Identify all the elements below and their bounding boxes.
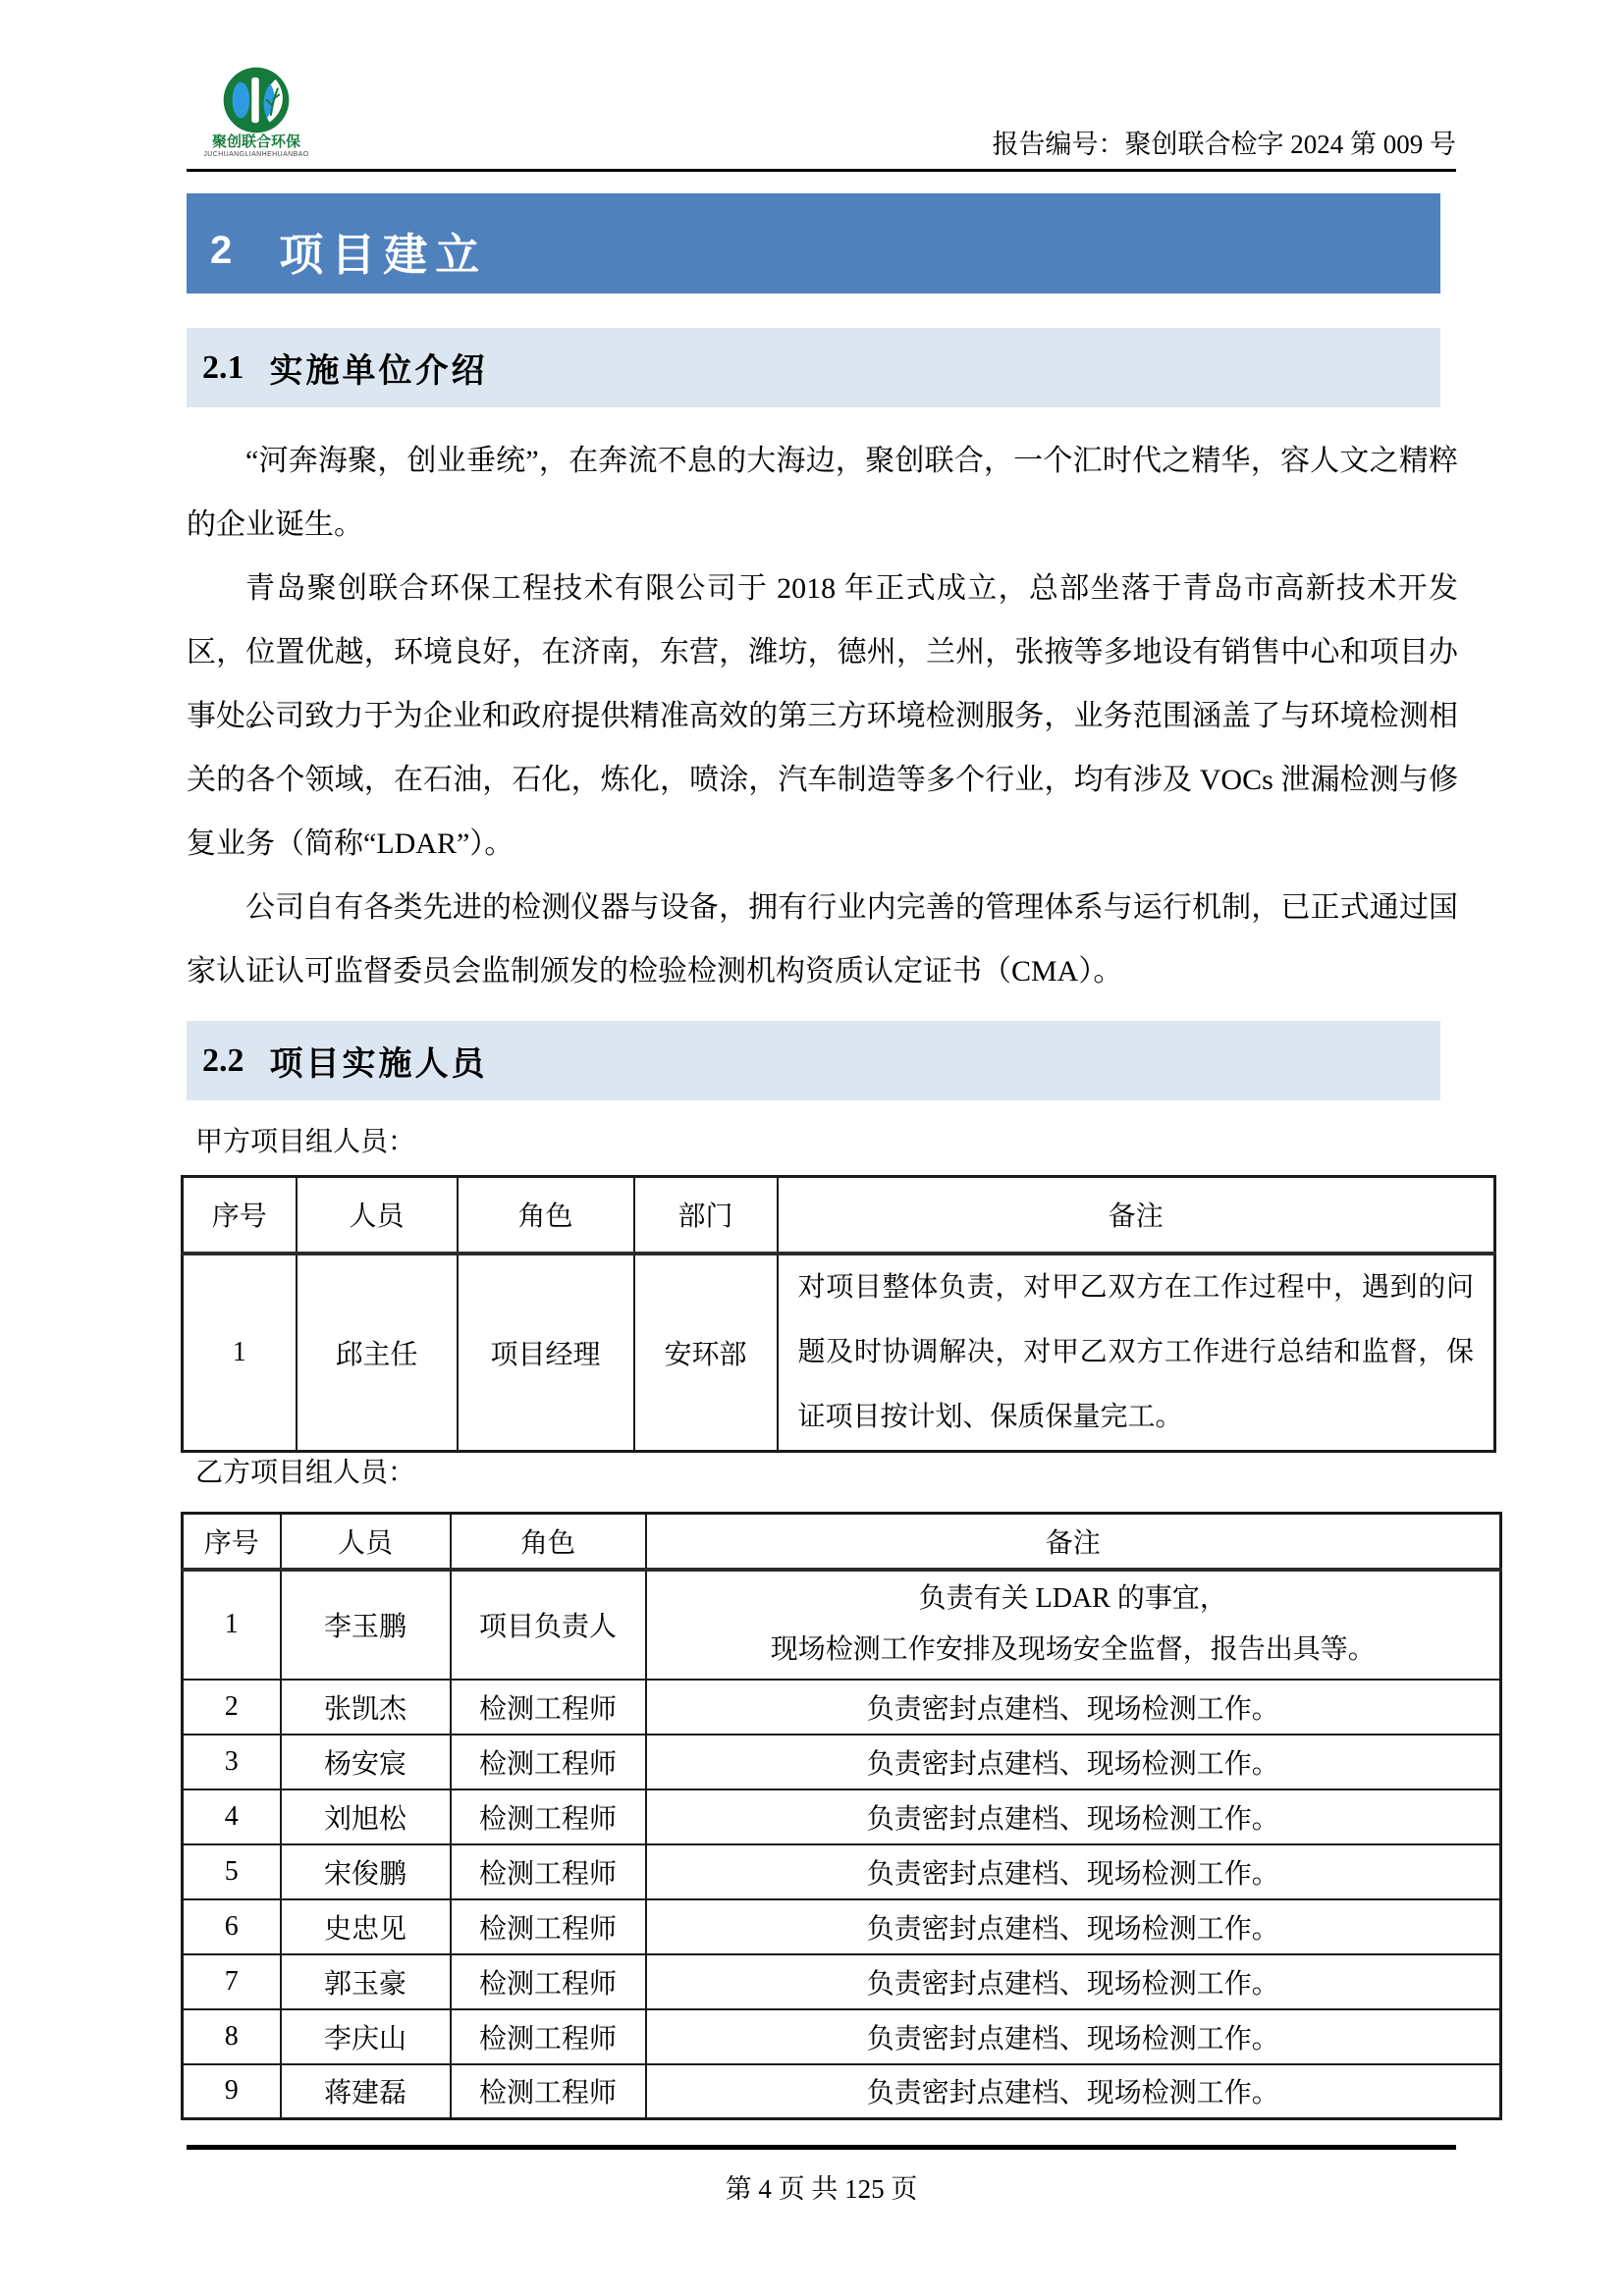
table-row: 3 杨安宸 检测工程师 负责密封点建档、现场检测工作。 [183, 1735, 1501, 1789]
table-header-row: 序号 人员 角色 部门 备注 [183, 1177, 1495, 1254]
cell-role: 检测工程师 [451, 1789, 646, 1844]
table-row: 1 邱主任 项目经理 安环部 对项目整体负责，对甲乙双方在工作过程中，遇到的问题… [183, 1254, 1495, 1452]
party-a-table: 序号 人员 角色 部门 备注 1 邱主任 项目经理 安环部 对项目整体负责，对甲… [181, 1175, 1496, 1453]
table-row: 9 蒋建磊 检测工程师 负责密封点建档、现场检测工作。 [183, 2064, 1501, 2119]
body-paragraph: “河奔海聚，创业垂统”，在奔流不息的大海边，聚创联合，一个汇时代之精华，容人文之… [187, 429, 1458, 557]
chapter-title: 项目建立 [279, 219, 487, 283]
cell-remark: 负责密封点建档、现场检测工作。 [646, 2064, 1501, 2119]
party-b-table: 序号 人员 角色 备注 1 李玉鹏 项目负责人 负责有关 LDAR 的事宜， 现… [181, 1512, 1502, 2120]
cell-name: 宋俊鹏 [281, 1844, 451, 1899]
section-heading-2-2: 2.2 项目实施人员 [187, 1021, 1440, 1100]
cell-name: 刘旭松 [281, 1789, 451, 1844]
cell-no: 1 [183, 1570, 281, 1680]
cell-remark: 负责密封点建档、现场检测工作。 [646, 2009, 1501, 2064]
cell-role: 项目经理 [458, 1254, 634, 1452]
cell-remark: 负责密封点建档、现场检测工作。 [646, 1954, 1501, 2009]
table-row: 8 李庆山 检测工程师 负责密封点建档、现场检测工作。 [183, 2009, 1501, 2064]
cell-no: 5 [183, 1844, 281, 1899]
cell-remark: 负责密封点建档、现场检测工作。 [646, 1735, 1501, 1789]
column-header: 人员 [297, 1177, 458, 1254]
cell-role: 检测工程师 [451, 1899, 646, 1954]
cell-remark: 负责密封点建档、现场检测工作。 [646, 1899, 1501, 1954]
cell-role: 检测工程师 [451, 1844, 646, 1899]
cell-no: 6 [183, 1899, 281, 1954]
column-header: 角色 [451, 1514, 646, 1570]
header-divider [187, 169, 1456, 172]
cell-role: 检测工程师 [451, 2064, 646, 2119]
cell-name: 史忠见 [281, 1899, 451, 1954]
cell-name: 郭玉豪 [281, 1954, 451, 2009]
cell-no: 7 [183, 1954, 281, 2009]
cell-name: 张凯杰 [281, 1680, 451, 1735]
cell-dept: 安环部 [634, 1254, 778, 1452]
cell-remark: 负责密封点建档、现场检测工作。 [646, 1680, 1501, 1735]
body-paragraph: 公司致力于为企业和政府提供精准高效的第三方环境检测服务，业务范围涵盖了与环境检测… [187, 684, 1458, 876]
cell-name: 杨安宸 [281, 1735, 451, 1789]
company-logo: 聚创联合环保 JUCHUANGLIANHEHUANBAO [188, 67, 325, 159]
remark-line: 现场检测工作安排及现场安全监督，报告出具等。 [647, 1625, 1500, 1676]
cell-role: 项目负责人 [451, 1570, 646, 1680]
column-header: 序号 [183, 1177, 297, 1254]
cell-remark: 负责密封点建档、现场检测工作。 [646, 1789, 1501, 1844]
chapter-number: 2 [210, 229, 232, 273]
cell-name: 李庆山 [281, 2009, 451, 2064]
cell-no: 8 [183, 2009, 281, 2064]
cell-name: 李玉鹏 [281, 1570, 451, 1680]
table-row: 6 史忠见 检测工程师 负责密封点建档、现场检测工作。 [183, 1899, 1501, 1954]
report-number: 报告编号：聚创联合检字 2024 第 009 号 [993, 128, 1457, 161]
column-header: 序号 [183, 1514, 281, 1570]
cell-role: 检测工程师 [451, 2009, 646, 2064]
cell-remark: 负责有关 LDAR 的事宜， 现场检测工作安排及现场安全监督，报告出具等。 [646, 1570, 1501, 1680]
cell-no: 2 [183, 1680, 281, 1735]
logo-company-name-latin: JUCHUANGLIANHEHUANBAO [188, 150, 325, 159]
table-row: 7 郭玉豪 检测工程师 负责密封点建档、现场检测工作。 [183, 1954, 1501, 2009]
column-header: 备注 [646, 1514, 1501, 1570]
cell-remark: 负责密封点建档、现场检测工作。 [646, 1844, 1501, 1899]
cell-no: 1 [183, 1254, 297, 1452]
company-logo-icon [223, 67, 290, 133]
column-header: 部门 [634, 1177, 778, 1254]
cell-no: 9 [183, 2064, 281, 2119]
table-row: 1 李玉鹏 项目负责人 负责有关 LDAR 的事宜， 现场检测工作安排及现场安全… [183, 1570, 1501, 1680]
cell-no: 3 [183, 1735, 281, 1789]
section-number: 2.2 [202, 1042, 244, 1080]
cell-name: 邱主任 [297, 1254, 458, 1452]
logo-company-name: 聚创联合环保 [188, 134, 325, 150]
cell-role: 检测工程师 [451, 1680, 646, 1735]
cell-role: 检测工程师 [451, 1954, 646, 2009]
cell-remark: 对项目整体负责，对甲乙双方在工作过程中，遇到的问题及时协调解决，对甲乙双方工作进… [778, 1254, 1495, 1452]
remark-line: 负责有关 LDAR 的事宜， [647, 1574, 1500, 1625]
table-header-row: 序号 人员 角色 备注 [183, 1514, 1501, 1570]
column-header: 备注 [778, 1177, 1495, 1254]
column-header: 人员 [281, 1514, 451, 1570]
body-paragraph: 公司自有各类先进的检测仪器与设备，拥有行业内完善的管理体系与运行机制，已正式通过… [187, 876, 1458, 1003]
cell-role: 检测工程师 [451, 1735, 646, 1789]
section-title: 实施单位介绍 [270, 344, 488, 392]
table-row: 2 张凯杰 检测工程师 负责密封点建档、现场检测工作。 [183, 1680, 1501, 1735]
chapter-heading: 2 项目建立 [187, 193, 1440, 294]
page-number: 第 4 页 共 125 页 [187, 2167, 1456, 2206]
party-b-label: 乙方项目组人员： [195, 1457, 415, 1490]
footer-divider [187, 2145, 1456, 2150]
section-heading-2-1: 2.1 实施单位介绍 [187, 328, 1440, 407]
report-page: 聚创联合环保 JUCHUANGLIANHEHUANBAO 报告编号：聚创联合检字… [0, 0, 1624, 2296]
party-a-label: 甲方项目组人员： [195, 1126, 415, 1159]
section-number: 2.1 [202, 349, 244, 387]
table-row: 5 宋俊鹏 检测工程师 负责密封点建档、现场检测工作。 [183, 1844, 1501, 1899]
cell-name: 蒋建磊 [281, 2064, 451, 2119]
cell-no: 4 [183, 1789, 281, 1844]
column-header: 角色 [458, 1177, 634, 1254]
table-row: 4 刘旭松 检测工程师 负责密封点建档、现场检测工作。 [183, 1789, 1501, 1844]
section-title: 项目实施人员 [270, 1037, 488, 1085]
